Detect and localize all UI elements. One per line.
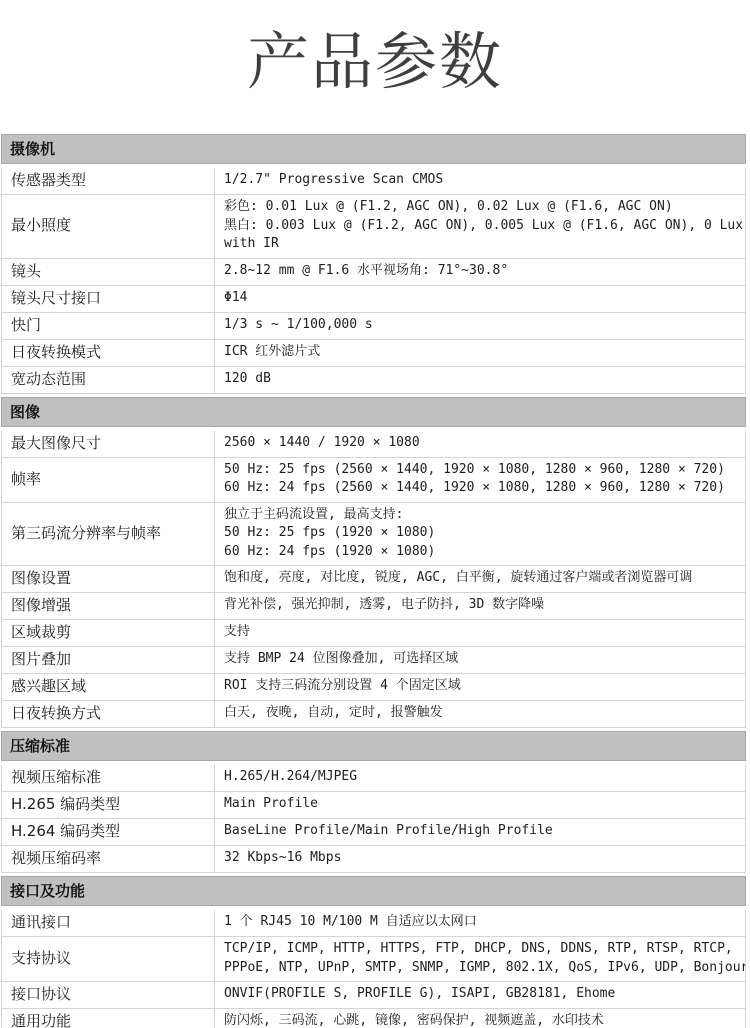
table-row: 视频压缩标准 H.265/H.264/MJPEG [2,765,745,792]
table-row: 帧率 50 Hz: 25 fps (2560 × 1440, 1920 × 10… [2,458,745,503]
row-value: ONVIF(PROFILE S, PROFILE G), ISAPI, GB28… [215,982,745,1008]
table-row: 镜头 2.8~12 mm @ F1.6 水平视场角: 71°~30.8° [2,259,745,286]
row-label: 图像增强 [2,593,215,619]
table-row: H.264 编码类型 BaseLine Profile/Main Profile… [2,819,745,846]
row-label: H.264 编码类型 [2,819,215,845]
row-value: 2.8~12 mm @ F1.6 水平视场角: 71°~30.8° [215,259,745,285]
table-row: 最小照度 彩色: 0.01 Lux @ (F1.2, AGC ON), 0.02… [2,195,745,259]
table-row: 镜头尺寸接口 Φ14 [2,286,745,313]
row-label: 镜头尺寸接口 [2,286,215,312]
row-label: 最大图像尺寸 [2,431,215,457]
section-header-compression: 压缩标准 [1,731,746,761]
table-row: 接口协议 ONVIF(PROFILE S, PROFILE G), ISAPI,… [2,982,745,1009]
table-row: 图片叠加 支持 BMP 24 位图像叠加, 可选择区域 [2,647,745,674]
section-header-camera: 摄像机 [1,134,746,164]
row-label: 帧率 [2,458,215,502]
row-value: TCP/IP, ICMP, HTTP, HTTPS, FTP, DHCP, DN… [215,937,745,981]
row-label: 日夜转换模式 [2,340,215,366]
row-label: 区域裁剪 [2,620,215,646]
row-value: 独立于主码流设置, 最高支持: 50 Hz: 25 fps (1920 × 10… [215,503,745,566]
row-value: 1/2.7" Progressive Scan CMOS [215,168,745,194]
row-value: ICR 红外滤片式 [215,340,745,366]
row-label: 图像设置 [2,566,215,592]
table-row: 快门 1/3 s ~ 1/100,000 s [2,313,745,340]
table-row: 传感器类型 1/2.7" Progressive Scan CMOS [2,168,745,195]
section-rows-compression: 视频压缩标准 H.265/H.264/MJPEG H.265 编码类型 Main… [1,765,746,873]
row-value: 背光补偿, 强光抑制, 透雾, 电子防抖, 3D 数字降噪 [215,593,745,619]
row-value: 支持 BMP 24 位图像叠加, 可选择区域 [215,647,745,673]
section-rows-camera: 传感器类型 1/2.7" Progressive Scan CMOS 最小照度 … [1,168,746,394]
table-row: 视频压缩码率 32 Kbps~16 Mbps [2,846,745,873]
table-row: 最大图像尺寸 2560 × 1440 / 1920 × 1080 [2,431,745,458]
row-value: 1 个 RJ45 10 M/100 M 自适应以太网口 [215,910,745,936]
table-row: 图像设置 饱和度, 亮度, 对比度, 锐度, AGC, 白平衡, 旋转通过客户端… [2,566,745,593]
row-label: 日夜转换方式 [2,701,215,727]
table-row: H.265 编码类型 Main Profile [2,792,745,819]
title-band: 产品参数 [0,0,750,134]
section-header-interface: 接口及功能 [1,876,746,906]
section-header-image: 图像 [1,397,746,427]
row-label: 最小照度 [2,195,215,258]
table-row: 通讯接口 1 个 RJ45 10 M/100 M 自适应以太网口 [2,910,745,937]
page-title: 产品参数 [247,31,503,103]
row-value: H.265/H.264/MJPEG [215,765,745,791]
row-label: 传感器类型 [2,168,215,194]
row-label: H.265 编码类型 [2,792,215,818]
table-row: 日夜转换模式 ICR 红外滤片式 [2,340,745,367]
table-row: 支持协议 TCP/IP, ICMP, HTTP, HTTPS, FTP, DHC… [2,937,745,982]
spec-table: 摄像机 传感器类型 1/2.7" Progressive Scan CMOS 最… [1,134,746,1028]
row-value: 32 Kbps~16 Mbps [215,846,745,872]
section-rows-image: 最大图像尺寸 2560 × 1440 / 1920 × 1080 帧率 50 H… [1,431,746,729]
row-value: BaseLine Profile/Main Profile/High Profi… [215,819,745,845]
row-value: 饱和度, 亮度, 对比度, 锐度, AGC, 白平衡, 旋转通过客户端或者浏览器… [215,566,745,592]
table-row: 感兴趣区域 ROI 支持三码流分别设置 4 个固定区域 [2,674,745,701]
row-label: 第三码流分辨率与帧率 [2,503,215,566]
row-label: 镜头 [2,259,215,285]
row-label: 快门 [2,313,215,339]
row-label: 通用功能 [2,1009,215,1028]
row-label: 感兴趣区域 [2,674,215,700]
row-label: 支持协议 [2,937,215,981]
row-value: 彩色: 0.01 Lux @ (F1.2, AGC ON), 0.02 Lux … [215,195,745,258]
table-row: 宽动态范围 120 dB [2,367,745,394]
row-value: 1/3 s ~ 1/100,000 s [215,313,745,339]
row-label: 图片叠加 [2,647,215,673]
row-value: Main Profile [215,792,745,818]
row-label: 视频压缩标准 [2,765,215,791]
row-value: 50 Hz: 25 fps (2560 × 1440, 1920 × 1080,… [215,458,745,502]
row-label: 视频压缩码率 [2,846,215,872]
row-value: 白天, 夜晚, 自动, 定时, 报警触发 [215,701,745,727]
row-value: ROI 支持三码流分别设置 4 个固定区域 [215,674,745,700]
row-value: 防闪烁, 三码流, 心跳, 镜像, 密码保护, 视频遮盖, 水印技术 [215,1009,745,1028]
row-value: 120 dB [215,367,745,393]
table-row: 第三码流分辨率与帧率 独立于主码流设置, 最高支持: 50 Hz: 25 fps… [2,503,745,567]
product-spec-page: 产品参数 摄像机 传感器类型 1/2.7" Progressive Scan C… [0,0,750,1028]
row-value: Φ14 [215,286,745,312]
row-value: 2560 × 1440 / 1920 × 1080 [215,431,745,457]
row-label: 接口协议 [2,982,215,1008]
table-row: 图像增强 背光补偿, 强光抑制, 透雾, 电子防抖, 3D 数字降噪 [2,593,745,620]
table-row: 区域裁剪 支持 [2,620,745,647]
table-row: 通用功能 防闪烁, 三码流, 心跳, 镜像, 密码保护, 视频遮盖, 水印技术 [2,1009,745,1028]
section-rows-interface: 通讯接口 1 个 RJ45 10 M/100 M 自适应以太网口 支持协议 TC… [1,910,746,1028]
table-row: 日夜转换方式 白天, 夜晚, 自动, 定时, 报警触发 [2,701,745,728]
row-label: 通讯接口 [2,910,215,936]
row-value: 支持 [215,620,745,646]
row-label: 宽动态范围 [2,367,215,393]
